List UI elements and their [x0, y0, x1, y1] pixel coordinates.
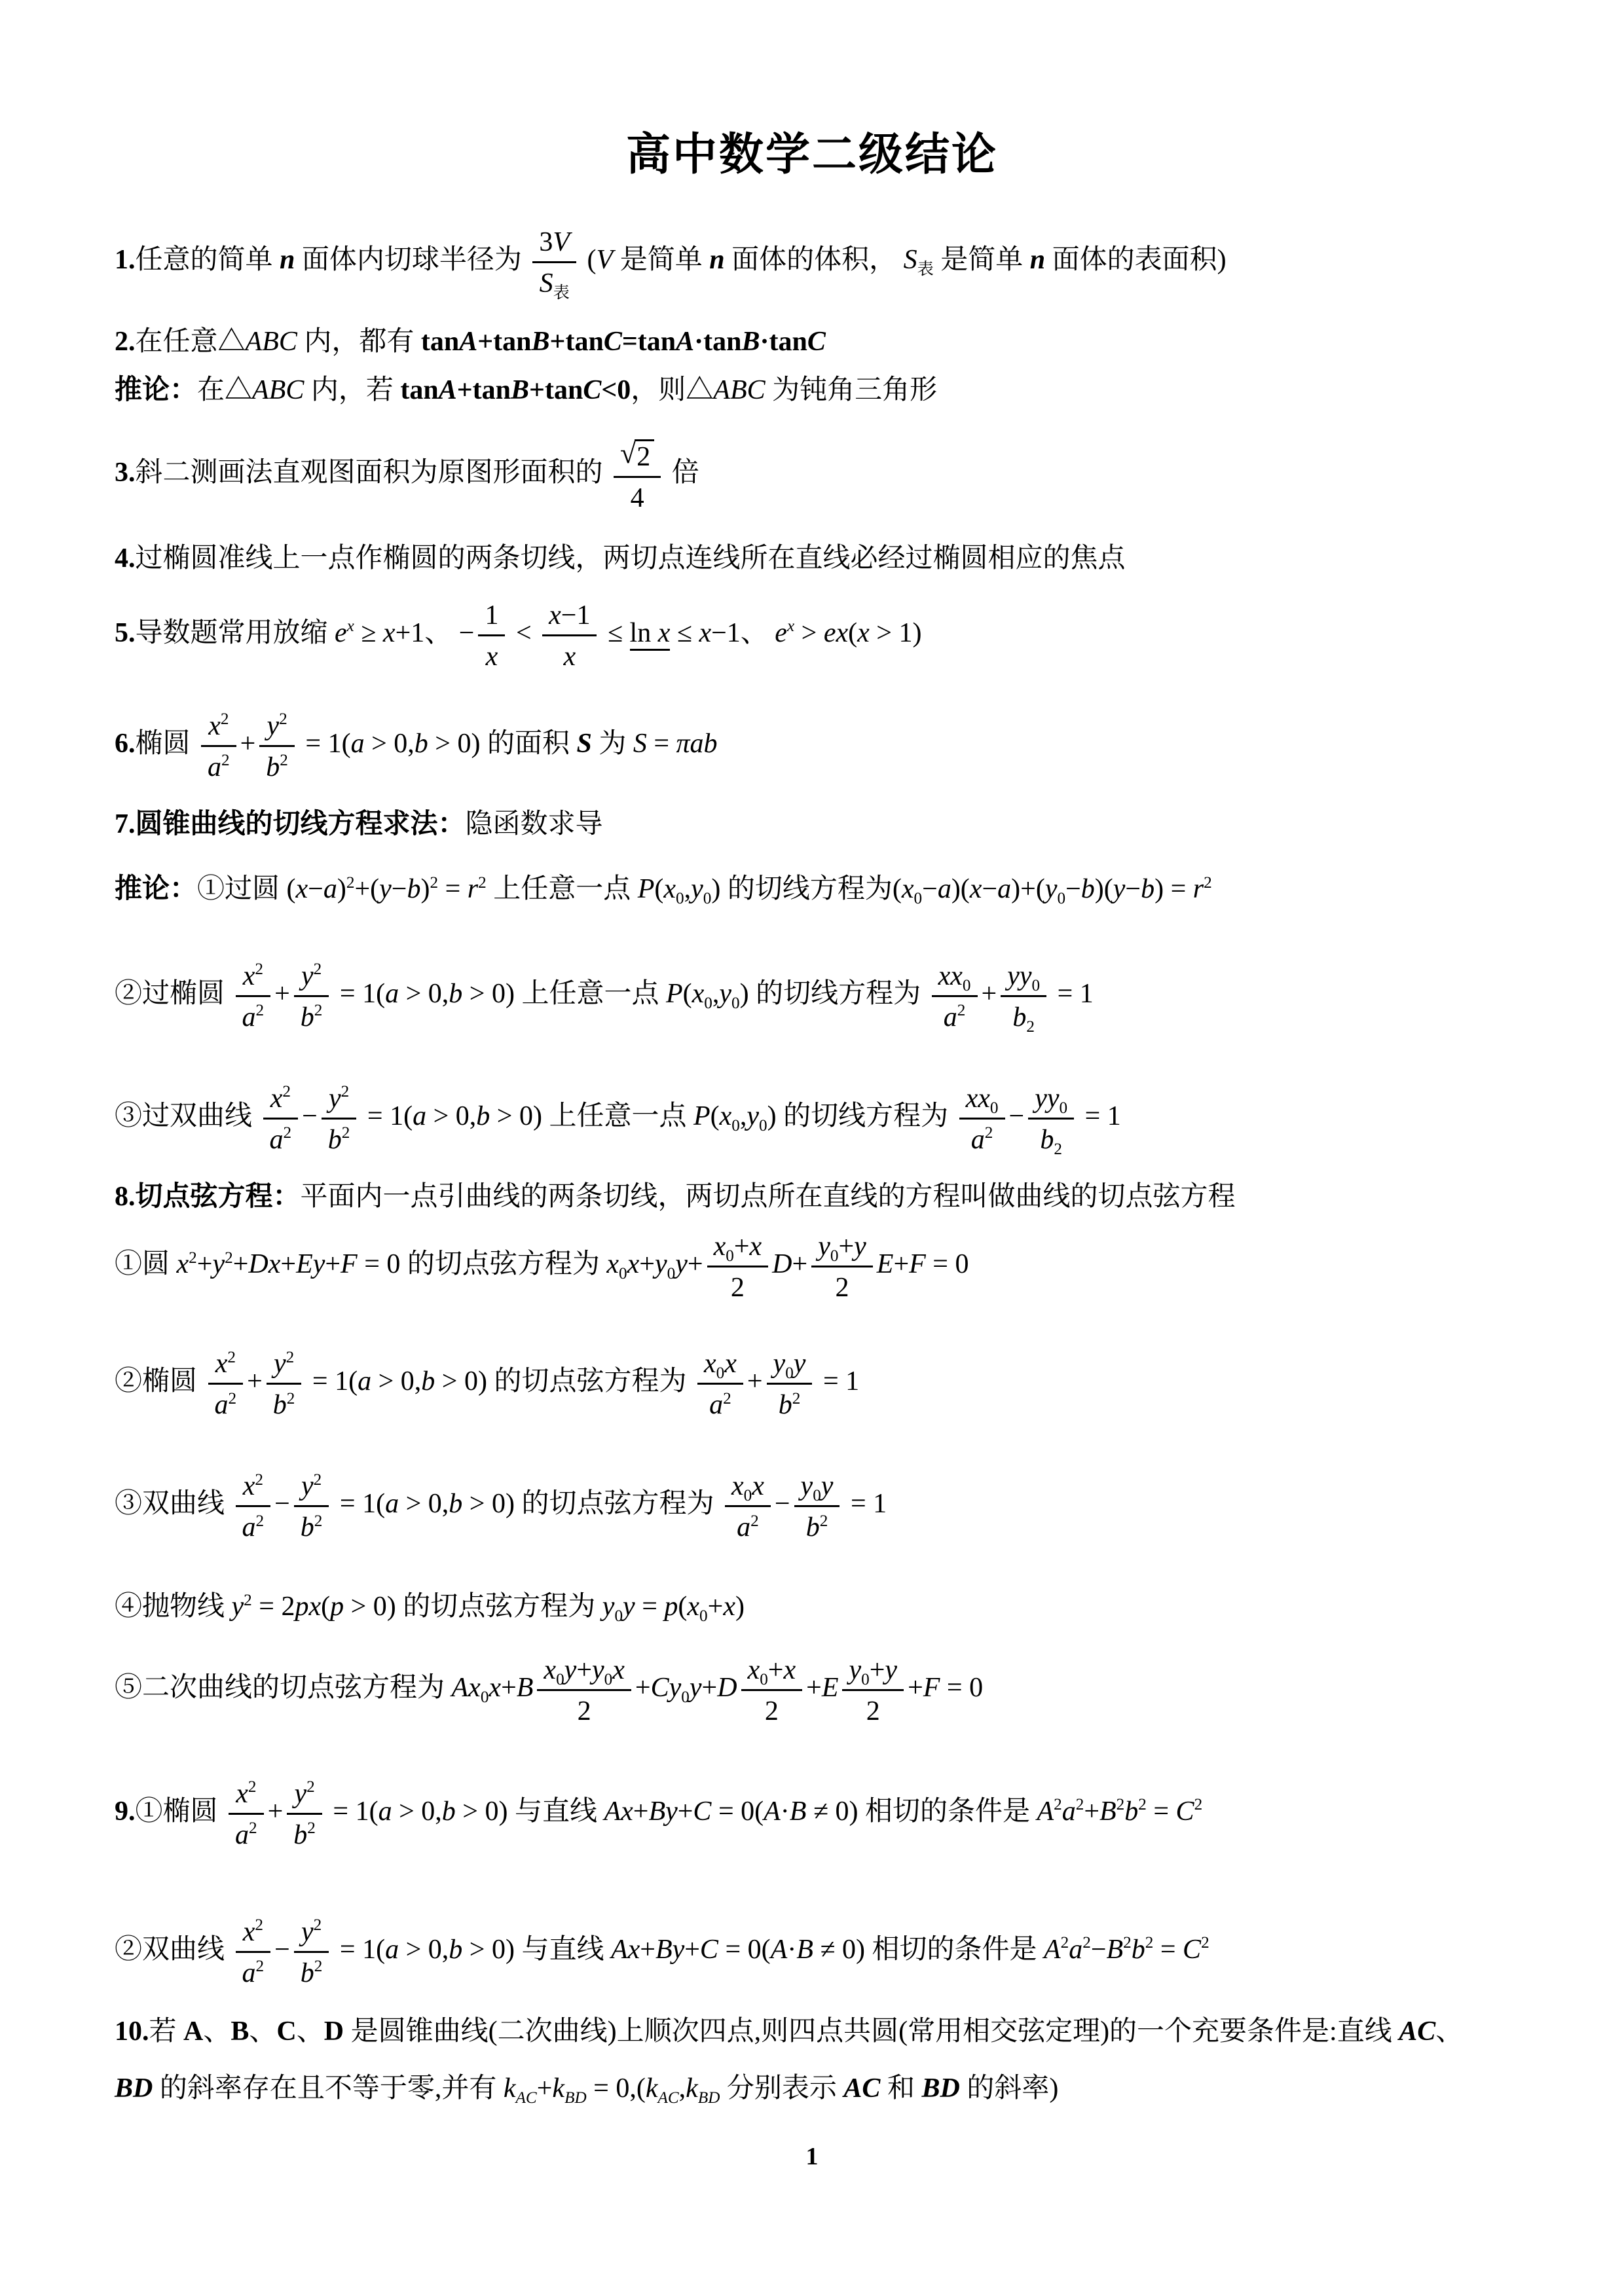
text-run: 、	[203, 2016, 231, 2047]
text-run: 、	[297, 2016, 324, 2047]
item-9-ellipse-tangency: 9.①椭圆 x2a2+y2b2 = 1(a > 0,b > 0) 与直线 Ax+…	[115, 1776, 1526, 1851]
text-run: +	[893, 1249, 909, 1279]
text-run: ≤	[670, 618, 699, 648]
text-run: +	[688, 1249, 703, 1279]
text-run: > 0) 的切点弦方程为	[462, 1489, 721, 1519]
superscript: 2	[307, 1819, 316, 1837]
item-5-derivative-inequalities: 5.导数题常用放缩 ex ≥ x+1、 −1x < x−1x ≤ ln x ≤ …	[115, 598, 1526, 673]
fraction-numerator: x−1	[542, 598, 597, 636]
fraction: y2b2	[294, 1468, 329, 1544]
superscript: 2	[1201, 1934, 1209, 1952]
fraction: x0xa2	[697, 1346, 743, 1421]
fraction: y2b2	[287, 1776, 322, 1851]
superscript: 2	[1138, 1796, 1147, 1813]
text-run: ②双曲线	[115, 1935, 232, 1965]
text-run: 隐函数求导	[466, 809, 603, 839]
math-variable: a	[971, 1125, 985, 1155]
math-variable: B	[796, 1935, 813, 1965]
text-run: +	[197, 1249, 213, 1279]
item-7-corollary-circle: 推论：①过圆 (x−a)2+(y−b)2 = r2 上任意一点 P(x0,y0)…	[115, 873, 1526, 906]
math-variable: p	[330, 1592, 344, 1622]
fraction-numerator: x2	[208, 1346, 244, 1385]
math-variable: E	[877, 1249, 894, 1279]
math-variable: x	[750, 1231, 762, 1262]
bold-text: =tan	[622, 327, 676, 357]
superscript: 2	[346, 874, 355, 892]
math-variable: y	[773, 1349, 786, 1379]
text-run: ) 的切线方程为(	[711, 874, 901, 904]
math-variable: D	[772, 1249, 792, 1279]
math-variable: x	[720, 1101, 732, 1131]
fraction-denominator: a2	[236, 997, 271, 1034]
math-variable: a	[235, 1820, 249, 1850]
text-run: =	[438, 874, 468, 904]
fraction-numerator: x2	[201, 708, 236, 747]
text-run: ①过圆 (	[197, 874, 296, 904]
text-run: 面体的表面积)	[1045, 245, 1227, 275]
subscript: 0	[614, 1607, 623, 1625]
bold-math-variable: S	[576, 729, 591, 759]
text-run: −	[274, 1489, 290, 1519]
bold-math-variable: BD	[115, 2073, 153, 2104]
subscript: 0	[619, 1265, 627, 1283]
math-variable: b	[415, 729, 428, 759]
text-run: −	[922, 874, 938, 904]
superscript: 2	[1061, 1934, 1069, 1952]
text-run: +	[870, 1655, 885, 1685]
math-variable: a	[1069, 1935, 1082, 1965]
text-run: +	[708, 1592, 724, 1622]
math-variable: P	[693, 1101, 710, 1131]
math-variable: x	[612, 1655, 625, 1685]
math-variable: x	[857, 618, 870, 648]
text-run: ,(	[629, 2073, 646, 2104]
text-run: = 1	[843, 1489, 887, 1519]
text-run: ·	[781, 1796, 790, 1827]
superscript: 2	[286, 1349, 295, 1366]
math-variable: a	[737, 1512, 750, 1542]
text-run: )+(	[1011, 874, 1045, 904]
text-run: ,	[684, 874, 692, 904]
fraction: x0y+y0x2	[537, 1652, 631, 1728]
bold-math-variable: C	[604, 327, 622, 357]
item-2-corollary: 推论：在△ABC 内，若 tanA+tanB+tanC<0，则△ABC 为钝角三…	[115, 374, 1526, 407]
math-variable: a	[709, 1390, 723, 1420]
math-variable: k	[504, 2073, 516, 2104]
text-run: 2	[578, 1696, 591, 1726]
text-run: > 0) 的切点弦方程为	[435, 1366, 693, 1396]
text-run: +	[806, 1673, 822, 1703]
text-run: 为钝角三角形	[766, 375, 938, 405]
fraction-numerator: x0y+y0x	[537, 1652, 631, 1691]
fraction-denominator: b2	[294, 1507, 329, 1544]
subscript: 0	[759, 1117, 767, 1135]
text-run: > 0,	[371, 1366, 421, 1396]
fraction-denominator: a2	[229, 1815, 264, 1851]
text-run: > 0) 与直线	[456, 1796, 604, 1827]
bold-text: 2.	[115, 327, 136, 357]
subscript: 0	[726, 1247, 734, 1265]
math-variable: V	[597, 245, 614, 275]
text-run: +	[702, 1673, 718, 1703]
fraction-numerator: x0x	[725, 1468, 771, 1507]
bold-text: tan	[421, 327, 459, 357]
fraction-denominator: a2	[959, 1120, 1005, 1156]
math-variable: Ax	[452, 1673, 481, 1703]
math-variable: C	[1176, 1796, 1194, 1827]
text-run: (	[683, 979, 692, 1009]
math-variable: b	[442, 1796, 456, 1827]
math-variable: P	[666, 979, 683, 1009]
text-run: +	[678, 1796, 693, 1827]
superscript: 2	[342, 1124, 350, 1142]
fraction-denominator: 2	[741, 1691, 803, 1728]
subscript: 0	[861, 1671, 870, 1688]
text-run: ln	[630, 618, 658, 648]
bold-text: 10.	[115, 2016, 149, 2047]
subscript: 0	[785, 1364, 794, 1382]
superscript: 2	[314, 1958, 323, 1975]
text-run: = 0 的切点弦方程为	[358, 1249, 607, 1279]
bold-math-variable: B	[741, 327, 760, 357]
bold-text: 6.	[115, 729, 136, 759]
math-variable: y	[301, 1917, 314, 1947]
text-run: > 0) 上任意一点	[462, 979, 666, 1009]
superscript: 2	[430, 874, 438, 892]
math-variable: a	[997, 874, 1011, 904]
bold-text: ·tan	[694, 327, 741, 357]
item-3-oblique-drawing: 3.斜二测画法直观图面积为原图形面积的 √24 倍	[115, 435, 1526, 515]
superscript: 2	[1204, 874, 1212, 892]
math-variable: b	[301, 1512, 314, 1542]
subscript: 0	[1057, 890, 1065, 907]
superscript: 2	[750, 1512, 759, 1530]
text-run: = 0(	[718, 1935, 771, 1965]
superscript: 2	[229, 1390, 237, 1408]
math-variable: x	[663, 874, 676, 904]
math-variable: By	[655, 1935, 684, 1965]
fraction-denominator: b2	[267, 1385, 302, 1421]
text-run: ⑤二次曲线的切点弦方程为	[115, 1673, 452, 1703]
math-variable: Ax	[604, 1796, 633, 1827]
fraction: x2a2	[229, 1776, 264, 1851]
math-variable: b	[449, 979, 462, 1009]
item-10-concyclic-line1: 10.若 A、B、C、D 是圆锥曲线(二次曲线)上顺次四点,则四点共圆(常用相交…	[115, 2016, 1526, 2049]
text-run: ,	[712, 979, 720, 1009]
fraction-denominator: 4	[614, 478, 661, 515]
text-run: +	[1084, 1796, 1099, 1827]
superscript: 2	[792, 1390, 801, 1408]
fraction-denominator: 2	[707, 1267, 769, 1304]
superscript: 2	[723, 1390, 731, 1408]
subscript: 表	[553, 284, 570, 302]
text-run: +	[633, 1796, 649, 1827]
math-variable: Dx	[248, 1249, 280, 1279]
subscript: 表	[917, 261, 934, 278]
math-variable: xx	[938, 961, 963, 991]
text-run: ，则△	[631, 375, 713, 405]
text-run: 过椭圆准线上一点作椭圆的两条切线，两切点连线所在直线必经过椭圆相应的焦点	[136, 543, 1126, 574]
math-variable: y	[623, 1592, 635, 1622]
text-run: = 2	[252, 1592, 295, 1622]
math-variable: a	[385, 1489, 399, 1519]
math-variable: y	[592, 1655, 604, 1685]
bold-math-variable: BD	[921, 2073, 959, 2104]
fraction-numerator: 1	[478, 598, 505, 636]
math-variable: y	[719, 979, 731, 1009]
fraction: y0+y2	[811, 1229, 873, 1304]
subscript: 0	[813, 1487, 821, 1504]
math-variable: a	[413, 1101, 426, 1131]
subscript: 0	[1031, 977, 1040, 994]
math-variable: x	[748, 1655, 760, 1685]
math-variable: p	[664, 1592, 678, 1622]
math-variable: e	[335, 618, 347, 648]
text-run: (	[580, 245, 597, 275]
item-2-tangent-identity: 2.在任意△ABC 内，都有 tanA+tanB+tanC=tanA·tanB·…	[115, 326, 1526, 359]
fraction: x0+x2	[741, 1652, 803, 1728]
math-variable: y	[1113, 874, 1126, 904]
fraction: y2b2	[294, 958, 329, 1034]
text-run: −	[1125, 874, 1141, 904]
math-variable: F	[909, 1249, 926, 1279]
math-variable: B	[1107, 1935, 1124, 1965]
superscript: 2	[1123, 1934, 1132, 1952]
text-run: −1	[561, 600, 591, 630]
math-variable: A	[764, 1796, 781, 1827]
superscript: 2	[314, 1512, 323, 1530]
text-run: (	[654, 874, 663, 904]
text-run: +	[576, 1655, 592, 1685]
text-run: 2	[866, 1696, 880, 1726]
math-variable: x	[549, 600, 561, 630]
fraction-denominator: a2	[932, 997, 978, 1034]
math-variable: ABC	[713, 375, 765, 405]
superscript: 2	[255, 1916, 263, 1934]
math-variable: b	[449, 1489, 462, 1519]
superscript: 2	[244, 1592, 252, 1609]
fraction-denominator: b2	[1028, 1120, 1074, 1156]
fraction-denominator: 2	[842, 1691, 904, 1728]
text-run: −	[1065, 874, 1081, 904]
math-variable: x	[627, 1249, 640, 1279]
math-variable: x	[731, 1471, 744, 1501]
math-variable: b	[449, 1935, 462, 1965]
text-run: +1、	[396, 618, 459, 648]
text-run: > 0,	[392, 1796, 442, 1827]
text-run: ③过双曲线	[115, 1101, 259, 1131]
math-variable: yy	[1007, 961, 1031, 991]
superscript: 2	[314, 1471, 322, 1489]
text-run: > 0) 上任意一点	[490, 1101, 693, 1131]
text-run: > 0,	[399, 979, 449, 1009]
text-run: > 1)	[870, 618, 922, 648]
math-variable: y	[849, 1655, 861, 1685]
math-variable: y	[267, 711, 279, 741]
fraction-numerator: yy0	[1028, 1081, 1074, 1120]
subscript: 0	[704, 994, 712, 1012]
math-variable: a	[242, 1002, 256, 1032]
superscript: 2	[314, 1916, 322, 1934]
fraction-numerator: y2	[259, 708, 295, 747]
math-variable: y	[294, 1779, 306, 1809]
math-variable: S	[633, 729, 647, 759]
text-run: 2	[731, 1273, 745, 1303]
subscript: BD	[698, 2089, 720, 2107]
item-7-corollary-hyperbola: ③过双曲线 x2a2−y2b2 = 1(a > 0,b > 0) 上任意一点 P…	[115, 1081, 1526, 1156]
fraction-denominator: b2	[794, 1507, 840, 1544]
fraction-numerator: y0y	[767, 1346, 813, 1385]
text-run: −	[775, 1489, 790, 1519]
text-run: 和	[880, 2073, 921, 2104]
superscript: 2	[255, 960, 263, 978]
math-variable: a	[351, 729, 365, 759]
text-run: +	[247, 1366, 263, 1396]
bold-math-variable: B	[532, 327, 550, 357]
math-variable: S	[904, 245, 917, 275]
fraction-denominator: 2	[537, 1691, 631, 1728]
math-variable: y	[818, 1231, 830, 1262]
math-variable: y	[854, 1231, 866, 1262]
superscript: 2	[256, 1002, 265, 1019]
text-run: ≤	[600, 618, 629, 648]
superscript: 2	[248, 1778, 257, 1796]
text-run: −	[982, 874, 997, 904]
text-run: 、	[1435, 2016, 1463, 2047]
fraction-denominator: b2	[259, 747, 295, 784]
fraction-denominator: b2	[294, 1953, 329, 1990]
fraction-numerator: y2	[267, 1346, 302, 1385]
text-run: 4	[631, 483, 644, 513]
fraction: yy0b2	[1001, 958, 1046, 1034]
math-variable: x	[902, 874, 914, 904]
superscript: 2	[306, 1778, 315, 1796]
text-run: 面体内切球半径为	[295, 245, 528, 275]
math-variable: x	[687, 1592, 699, 1622]
math-variable: r	[468, 874, 478, 904]
superscript: 2	[314, 960, 322, 978]
subscript: BD	[564, 2089, 587, 2107]
bold-text: C	[276, 2016, 296, 2047]
math-variable: y	[794, 1349, 806, 1379]
radicand: 2	[635, 439, 654, 471]
fraction-denominator: a2	[236, 1953, 271, 1990]
text-run: +	[280, 1249, 296, 1279]
subscript: 0	[699, 1607, 708, 1625]
subscript: 2	[1026, 1018, 1035, 1036]
item-8-chord-of-contact: 8.切点弦方程：平面内一点引曲线的两条切线，两切点所在直线的方程叫做曲线的切点弦…	[115, 1181, 1526, 1214]
bold-text: A	[183, 2016, 203, 2047]
text-run: −	[1091, 1935, 1107, 1965]
subscript: 0	[990, 1099, 999, 1117]
math-variable: ABC	[252, 375, 304, 405]
bold-math-variable: C	[807, 327, 826, 357]
fraction: y0yb2	[794, 1468, 840, 1544]
text-run: =	[647, 729, 676, 759]
bold-text: 5.	[115, 618, 136, 648]
math-variable: a	[215, 1390, 229, 1420]
math-variable: A	[1037, 1796, 1054, 1827]
subscript: 0	[1059, 1099, 1067, 1117]
bold-text: 推论：	[115, 375, 197, 405]
math-variable: y	[675, 1249, 688, 1279]
fraction-numerator: x0+x	[741, 1652, 803, 1691]
item-10-concyclic-line2: BD 的斜率存在且不等于零,并有 kAC+kBD = 0,(kAC,kBD 分别…	[115, 2073, 1526, 2105]
superscript: 2	[341, 1083, 350, 1101]
superscript: 2	[227, 1349, 236, 1366]
text-run: +	[982, 979, 997, 1009]
text-run: ) 的切线方程为	[767, 1101, 955, 1131]
item-8-parabola: ④抛物线 y2 = 2px(p > 0) 的切点弦方程为 y0y = p(x0+…	[115, 1591, 1526, 1624]
text-run: 平面内一点引曲线的两条切线，两切点所在直线的方程叫做曲线的切点弦方程	[301, 1182, 1236, 1212]
text-run: > 0,	[399, 1935, 449, 1965]
superscript: 2	[256, 1512, 265, 1530]
math-variable: x	[606, 1249, 619, 1279]
text-run: +	[268, 1796, 284, 1827]
text-run: 斜二测画法直观图面积为原图形面积的	[136, 458, 610, 488]
text-run: 2	[637, 442, 650, 472]
bold-text: 4.	[115, 543, 136, 574]
superscript: 2	[820, 1512, 828, 1530]
text-run: +	[768, 1655, 784, 1685]
text-run: +	[635, 1673, 651, 1703]
text-run: +	[233, 1249, 249, 1279]
item-8-hyperbola: ③双曲线 x2a2−y2b2 = 1(a > 0,b > 0) 的切点弦方程为 …	[115, 1468, 1526, 1544]
text-run: (	[321, 1592, 330, 1622]
fraction: √24	[614, 435, 661, 515]
text-run: = 1(	[299, 729, 351, 759]
math-variable: a	[323, 874, 337, 904]
superscript: 2	[957, 1002, 966, 1019]
math-variable: B	[517, 1673, 534, 1703]
math-variable: y	[274, 1349, 286, 1379]
superscript: 2	[221, 710, 229, 728]
text-run: =	[635, 1592, 665, 1622]
math-variable: E	[822, 1673, 839, 1703]
math-variable: a	[208, 752, 221, 782]
text-run: ②椭圆	[115, 1366, 204, 1396]
subscript: 0	[681, 1688, 690, 1706]
text-run: +	[639, 1249, 655, 1279]
text-run: 为	[592, 729, 633, 759]
text-run: > 0) 的面积	[428, 729, 577, 759]
math-variable: a	[242, 1512, 256, 1542]
text-run: ,	[679, 2073, 686, 2104]
math-variable: x	[544, 1655, 556, 1685]
text-run: 任意的简单	[136, 245, 280, 275]
math-variable: x	[699, 618, 711, 648]
bold-text: 3.	[115, 458, 136, 488]
math-variable: A	[1044, 1935, 1061, 1965]
text-run: 分别表示	[720, 2073, 843, 2104]
bold-math-variable: B	[511, 375, 529, 405]
bold-math-variable: AC	[843, 2073, 880, 2104]
superscript: 2	[478, 874, 487, 892]
document-body: 1.任意的简单 n 面体内切球半径为 3VS表 (V 是简单 n 面体的体积， …	[0, 225, 1624, 2105]
math-variable: x	[486, 642, 498, 672]
math-variable: y	[801, 1471, 813, 1501]
text-run: 是圆锥曲线(二次曲线)上顺次四点,则四点共圆(常用相交弦定理)的一个充要条件是:…	[344, 2016, 1399, 2047]
text-run: +	[747, 1366, 763, 1396]
text-run: = 1(	[333, 979, 385, 1009]
text-run: +	[838, 1231, 854, 1262]
math-variable: b	[328, 1125, 342, 1155]
bold-text: 9.	[115, 1796, 136, 1827]
superscript: 2	[1054, 1796, 1062, 1813]
fraction-numerator: xx0	[959, 1081, 1005, 1120]
subscript: 0	[703, 890, 712, 907]
math-variable: a	[385, 979, 399, 1009]
